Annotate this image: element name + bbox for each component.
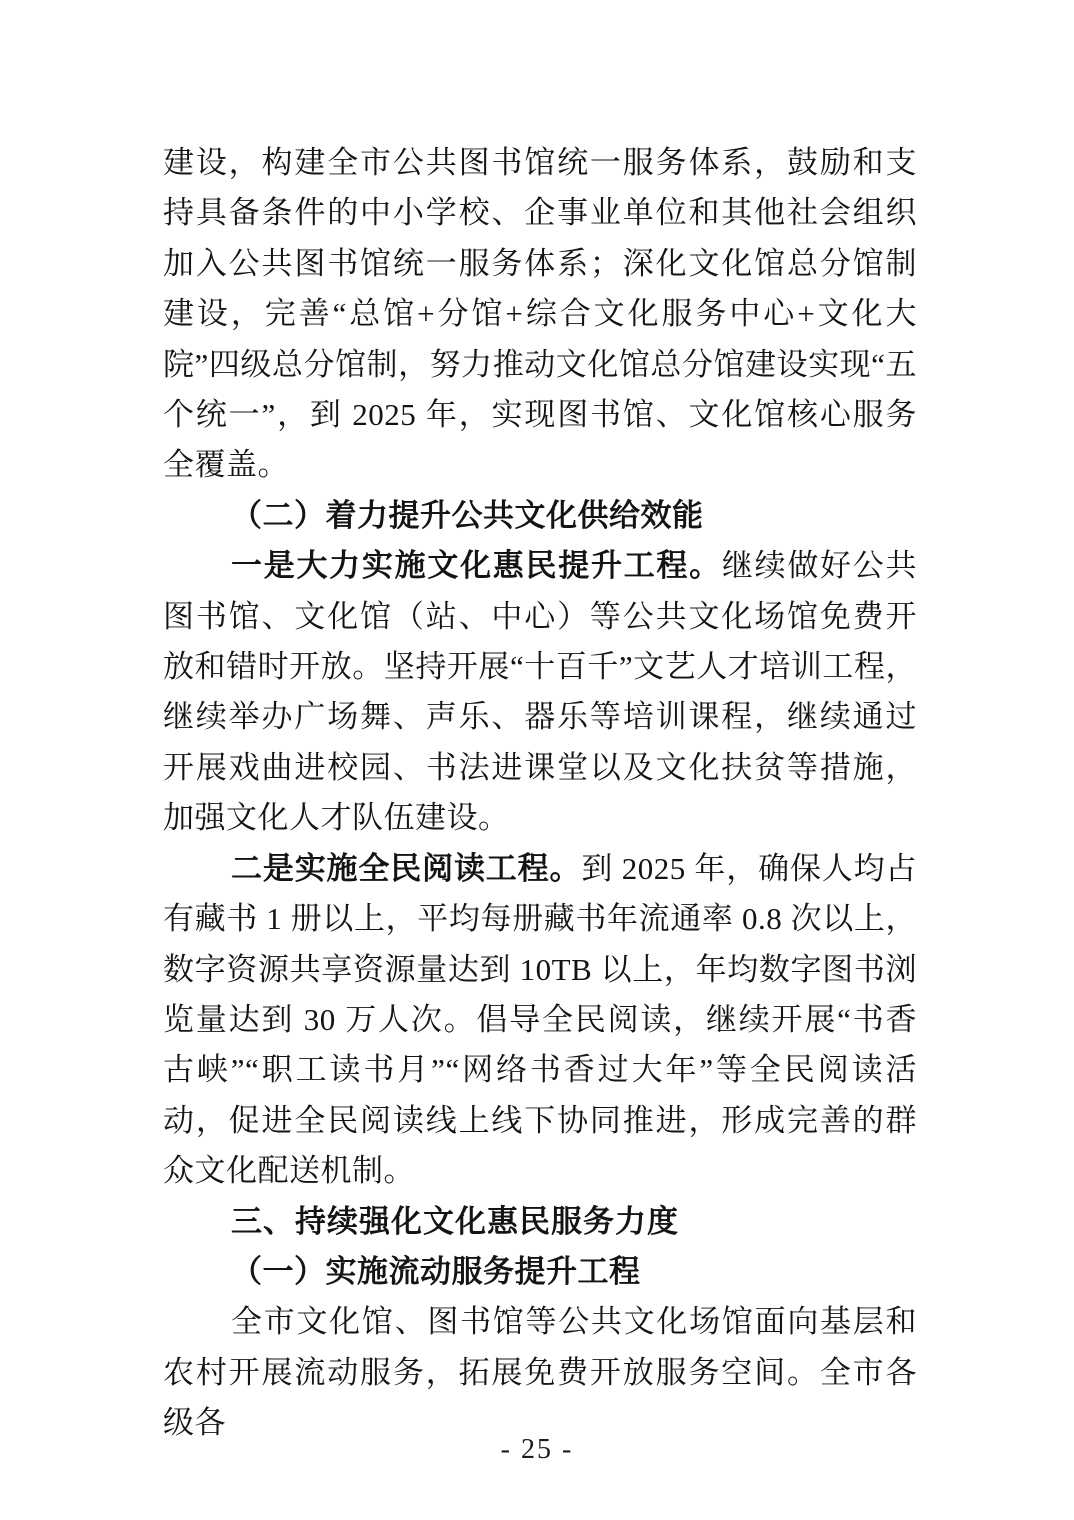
page-number: - 25 - xyxy=(0,1432,1074,1468)
heading-section-3-culture-benefit-services: 三、持续强化文化惠民服务力度 xyxy=(163,1197,917,1247)
document-body: 建设，构建全市公共图书馆统一服务体系，鼓励和支持具备条件的中小学校、企事业单位和… xyxy=(163,138,917,1449)
paragraph-lead-culture-benefit: 一是大力实施文化惠民提升工程。 xyxy=(231,548,722,583)
paragraph-text-culture-benefit: 继续做好公共图书馆、文化馆（站、中心）等公共文化场馆免费开放和错时开放。坚持开展… xyxy=(163,548,917,835)
paragraph-culture-benefit-project: 一是大力实施文化惠民提升工程。继续做好公共图书馆、文化馆（站、中心）等公共文化场… xyxy=(163,541,917,843)
paragraph-lead-national-reading: 二是实施全民阅读工程。 xyxy=(231,851,581,886)
paragraph-text-national-reading: 到 2025 年，确保人均占有藏书 1 册以上，平均每册藏书年流通率 0.8 次… xyxy=(163,851,917,1188)
paragraph-library-service-system: 建设，构建全市公共图书馆统一服务体系，鼓励和支持具备条件的中小学校、企事业单位和… xyxy=(163,138,917,491)
heading-section-2-supply-efficiency: （二）着力提升公共文化供给效能 xyxy=(163,491,917,541)
heading-section-1-mobile-service-project: （一）实施流动服务提升工程 xyxy=(163,1247,917,1297)
paragraph-mobile-services: 全市文化馆、图书馆等公共文化场馆面向基层和农村开展流动服务，拓展免费开放服务空间… xyxy=(163,1297,917,1448)
paragraph-national-reading-project: 二是实施全民阅读工程。到 2025 年，确保人均占有藏书 1 册以上，平均每册藏… xyxy=(163,844,917,1197)
document-page: 建设，构建全市公共图书馆统一服务体系，鼓励和支持具备条件的中小学校、企事业单位和… xyxy=(0,0,1074,1520)
